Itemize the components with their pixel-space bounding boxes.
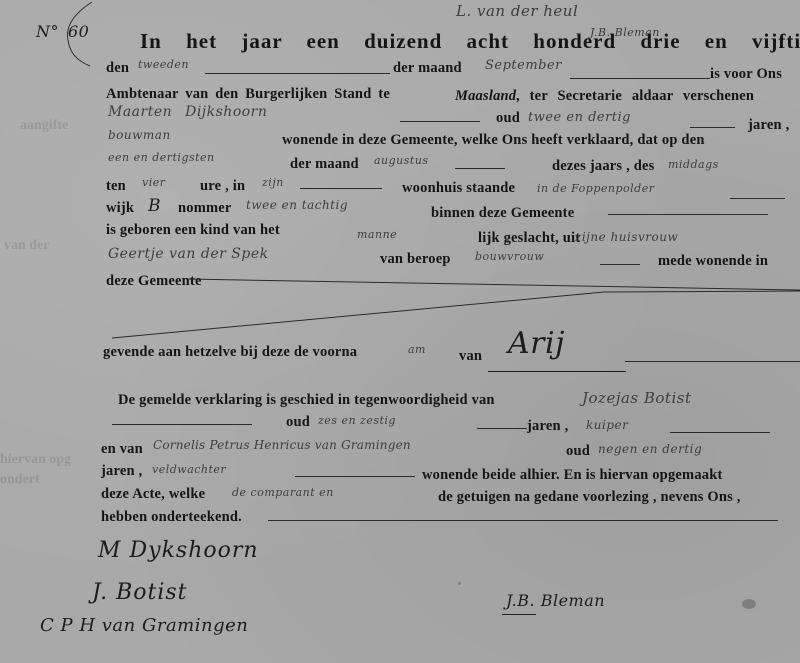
signature-declarant: M Dykshoorn xyxy=(98,538,259,563)
scanned-document: aangifte van der hiervan opg ondert N° 6… xyxy=(0,0,800,663)
printed-text: jaren , xyxy=(101,463,142,480)
fill-line xyxy=(477,428,527,429)
signature-witness2: C P H van Gramingen xyxy=(40,615,248,636)
signature-witness1: J. Botist xyxy=(92,580,188,605)
fill-line xyxy=(625,361,800,362)
field-witness1-name: Jozejas Botist xyxy=(582,389,692,407)
field-witness2-name: Cornelis Petrus Henricus van Gramingen xyxy=(153,438,411,452)
signature-flourish xyxy=(502,614,536,615)
fill-line xyxy=(268,520,778,521)
strike-lines xyxy=(0,0,800,663)
printed-text: gevende aan hetzelve bij deze de voorna xyxy=(103,344,357,361)
printed-text: de getuigen na gedane voorlezing , neven… xyxy=(438,489,741,506)
printed-text: oud xyxy=(566,443,590,460)
fill-line xyxy=(670,432,770,433)
printed-text: jaren , xyxy=(527,418,568,435)
field-witness1-age: zes en zestig xyxy=(318,414,396,427)
printed-text: en van xyxy=(101,441,143,458)
ink-stain xyxy=(742,599,756,609)
printed-text: oud xyxy=(286,414,310,431)
field-child-name: Arij xyxy=(508,326,565,361)
printed-text: De gemelde verklaring is geschied in teg… xyxy=(118,392,495,409)
field-comparant: de comparant en xyxy=(232,486,334,499)
signature-registrar: J.B. Bleman xyxy=(506,591,605,610)
field-witness1-occupation: kuiper xyxy=(586,418,628,432)
field-voornaam-suffix: am xyxy=(408,343,426,356)
printed-text: van xyxy=(459,348,482,365)
ink-dot xyxy=(458,582,461,585)
field-witness2-occupation: veldwachter xyxy=(152,463,226,476)
field-witness2-age: negen en dertig xyxy=(598,442,702,456)
fill-line xyxy=(112,424,252,425)
printed-text: wonende beide alhier. En is hiervan opge… xyxy=(422,467,723,484)
child-name-underline xyxy=(488,371,626,372)
printed-text: hebben onderteekend. xyxy=(101,509,242,526)
printed-text: deze Acte, welke xyxy=(101,486,205,503)
fill-line xyxy=(295,476,415,477)
